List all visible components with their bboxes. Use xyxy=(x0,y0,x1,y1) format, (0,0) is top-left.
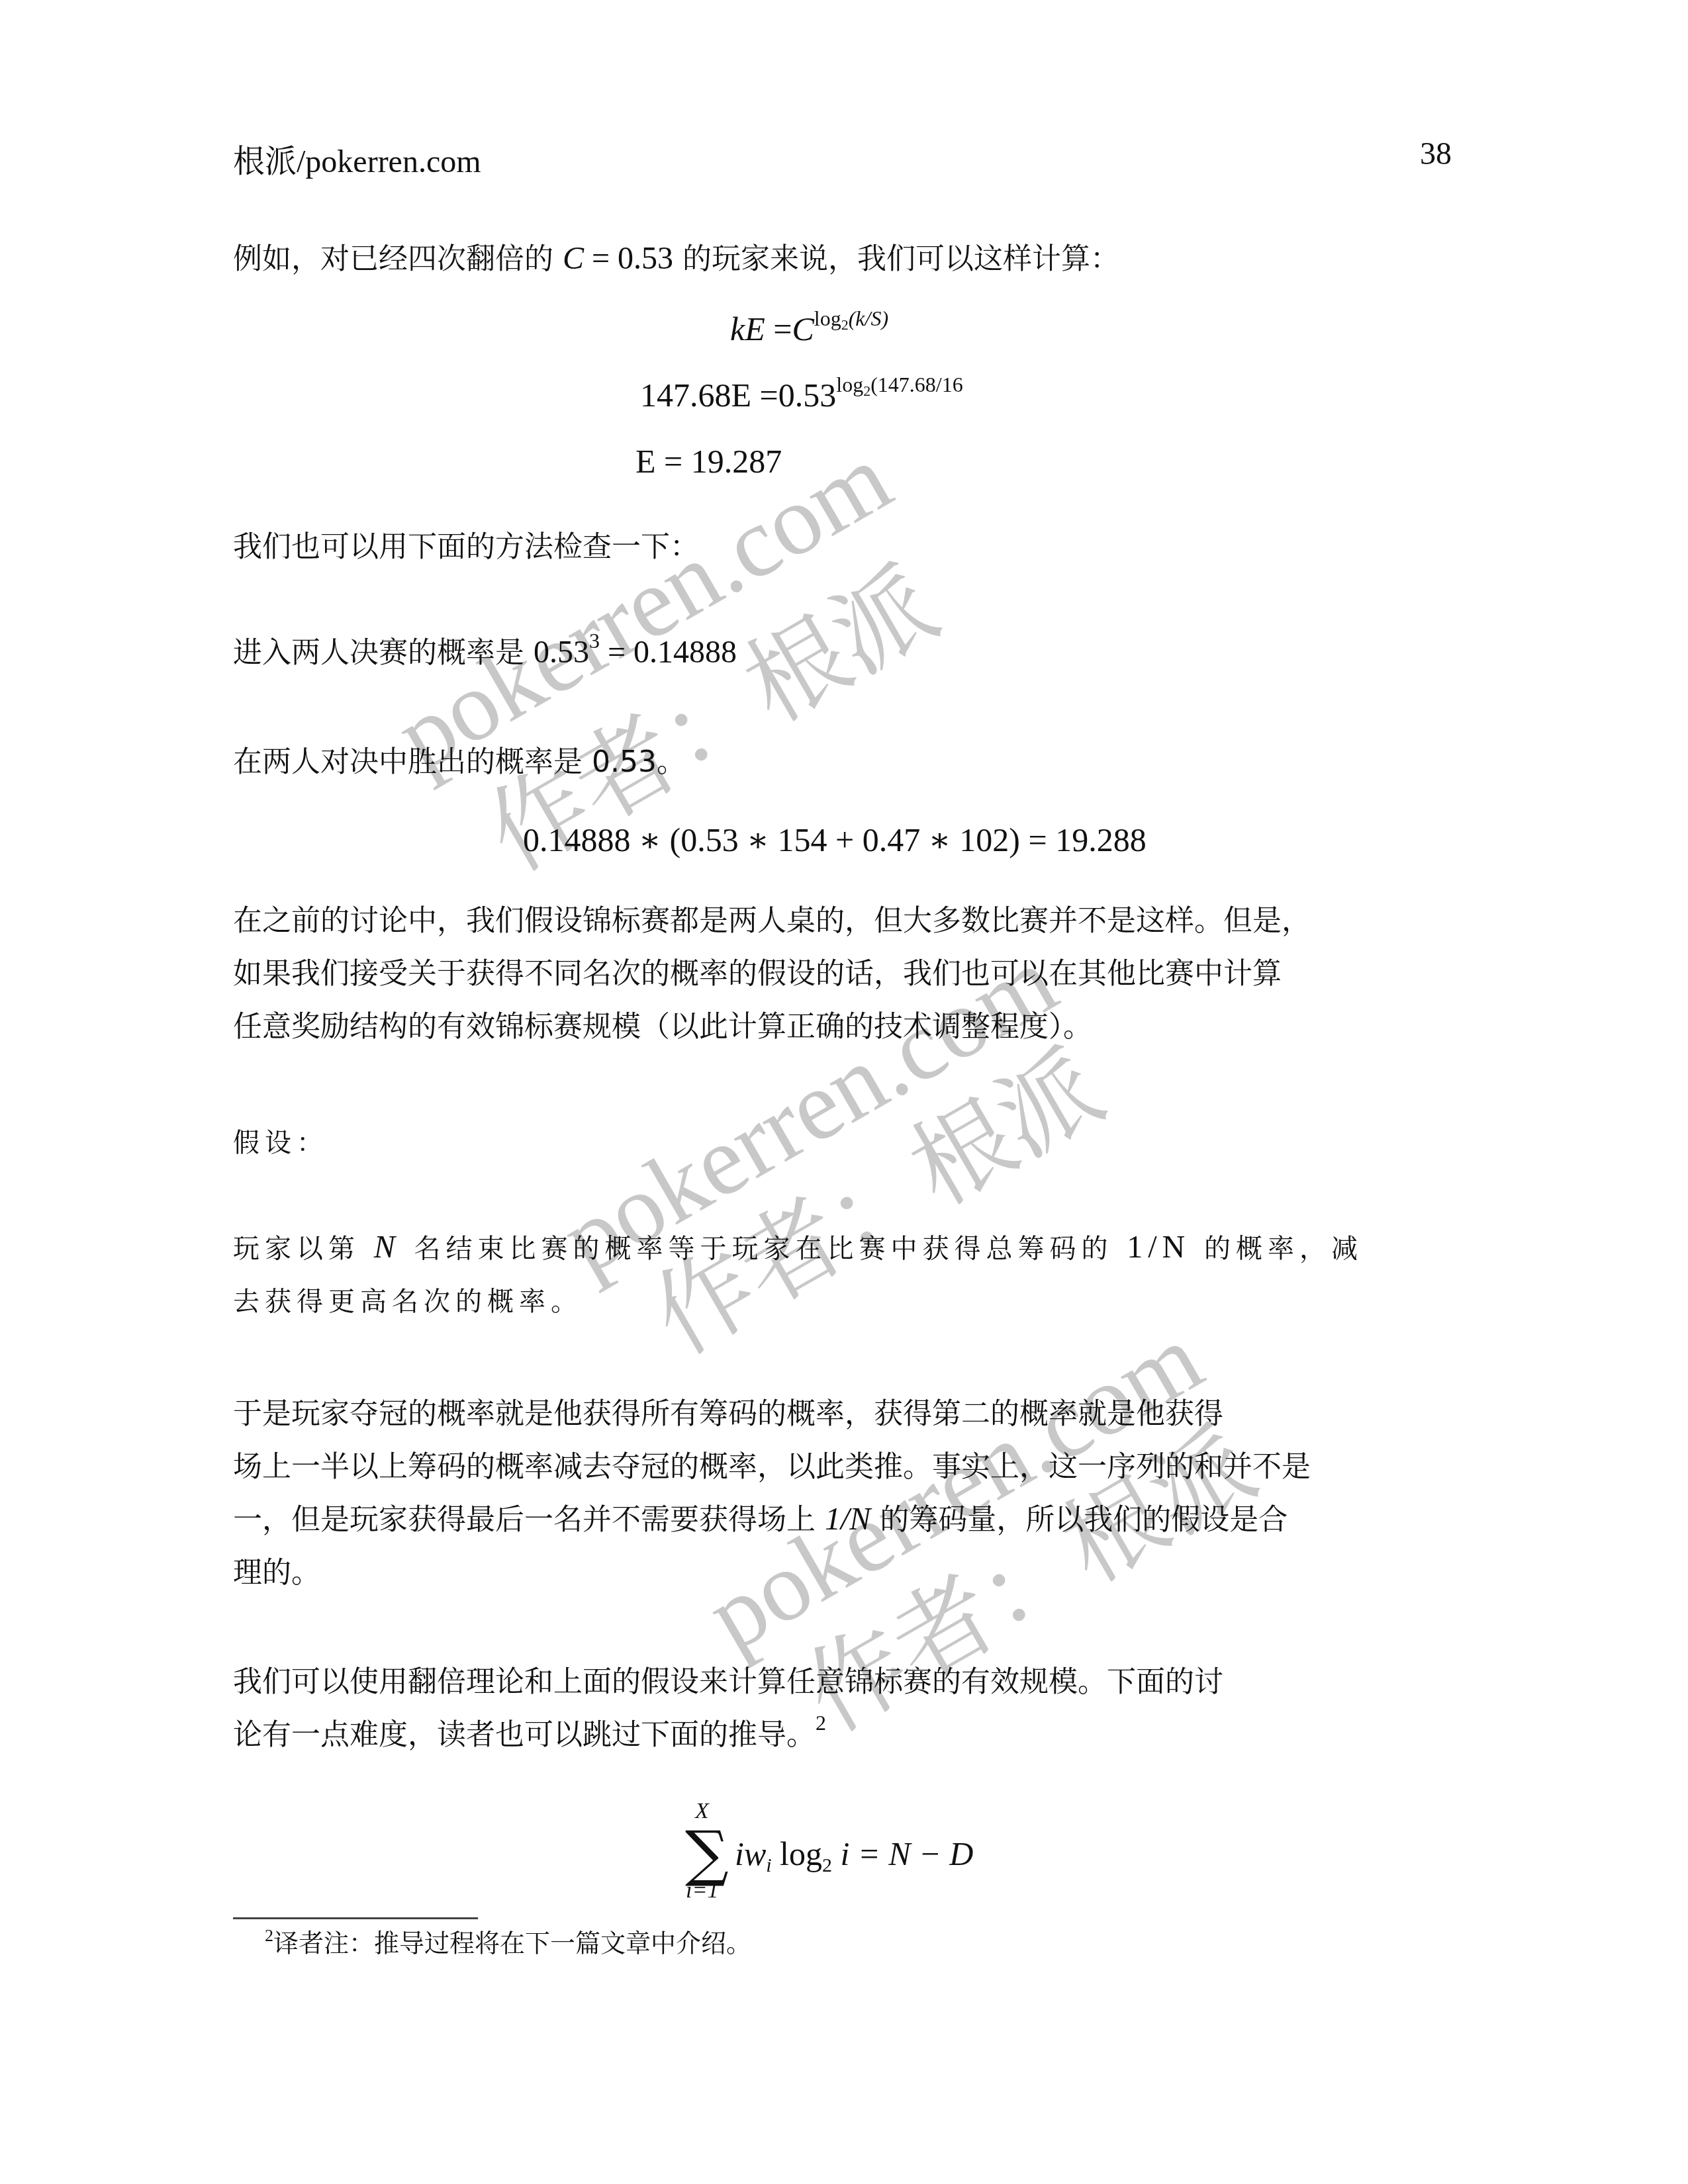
intro-value: = 0.53 xyxy=(584,241,673,276)
p2-fraction: 1/N xyxy=(825,1502,870,1537)
running-header-site: 根派/pokerren.com xyxy=(233,136,481,181)
p2-line3-text-a: 一，但是玩家获得最后一名并不需要获得场上 xyxy=(233,1503,825,1537)
paragraph1-line1: 在之前的讨论中，我们假设锦标赛都是两人桌的，但大多数比赛并不是这样。但是， xyxy=(233,897,1311,939)
paragraph2-line3: 一，但是玩家获得最后一名并不需要获得场上 1/N 的筹码量，所以我们的假设是合 xyxy=(233,1496,1288,1538)
paragraph2-line4: 理的。 xyxy=(233,1549,320,1591)
paragraph2-line2: 场上一半以上筹码的概率减去夺冠的概率，以此类推。事实上，这一序列的和并不是 xyxy=(233,1443,1311,1485)
equation-2: 147.68E =0.53log2(147.68/16 xyxy=(640,376,963,414)
equation-3: E = 19.287 xyxy=(635,442,782,480)
final-prob-exponent: 3 xyxy=(589,629,600,653)
assumption-line2: 去获得更高名次的概率。 xyxy=(233,1281,583,1318)
paragraph2-line1: 于是玩家夺冠的概率就是他获得所有筹码的概率，获得第二的概率就是他获得 xyxy=(233,1390,1223,1432)
assumption-text-b: 名结束比赛的概率等于玩家在比赛中获得总筹码的 xyxy=(400,1234,1127,1264)
sum-log: log xyxy=(780,1835,822,1872)
equation-1: kE =Clog2(k/S) xyxy=(730,310,888,348)
eq2-exp-log: log xyxy=(836,373,863,396)
assumption-text-a: 玩家以第 xyxy=(233,1234,374,1264)
sum-lower-limit: i=1 xyxy=(686,1878,718,1903)
footnote-text: 译者注：推导过程将在下一篇文章中介绍。 xyxy=(273,1929,751,1958)
sum-equation-body: iwi log2 i = N − D xyxy=(735,1835,973,1873)
intro-line: 例如，对已经四次翻倍的 C = 0.53 的玩家来说，我们可以这样计算： xyxy=(233,235,1119,277)
eq2-lhs: 147.68E xyxy=(640,377,751,414)
eq2-equals: = xyxy=(760,377,778,414)
paragraph3-line1: 我们可以使用翻倍理论和上面的假设来计算任意锦标赛的有效规模。下面的讨 xyxy=(233,1658,1223,1700)
eq1-equals: = xyxy=(773,310,792,347)
eq2-exp-arg: (147.68/16 xyxy=(870,373,963,396)
eq3-result: E = 19.287 xyxy=(635,443,782,480)
check-intro: 我们也可以用下面的方法检查一下： xyxy=(233,523,699,565)
eq2-exp-base: 2 xyxy=(863,383,870,399)
footnote-reference[interactable]: 2 xyxy=(816,1711,826,1735)
eq1-lhs: kE xyxy=(730,310,765,347)
footnote-divider xyxy=(233,1917,478,1919)
verification-equation: 0.14888 ∗ (0.53 ∗ 154 + 0.47 ∗ 102) = 19… xyxy=(523,821,1147,859)
paragraph1-line2: 如果我们接受关于获得不同名次的概率的假设的话，我们也可以在其他比赛中计算 xyxy=(233,950,1282,992)
assumption-var-n: N xyxy=(374,1230,400,1265)
eq2-base: 0.53 xyxy=(778,377,837,414)
footnote-number: 2 xyxy=(265,1926,273,1945)
p2-line3-text-b: 的筹码量，所以我们的假设是合 xyxy=(870,1503,1288,1537)
eq1-exp-log: log xyxy=(814,306,841,330)
sum-log-base: 2 xyxy=(822,1854,832,1876)
paragraph1-line3: 任意奖励结构的有效锦标赛规模（以此计算正确的技术调整程度）。 xyxy=(233,1003,1092,1045)
assumption-label: 假设： xyxy=(233,1122,328,1160)
p3-line2-text: 论有一点难度，读者也可以跳过下面的推导。 xyxy=(233,1718,816,1752)
assumption-line1: 玩家以第 N 名结束比赛的概率等于玩家在比赛中获得总筹码的 1/N 的概率，减 xyxy=(233,1228,1363,1265)
summation-operator: ∑ xyxy=(685,1823,729,1884)
win-probability-line: 在两人对决中胜出的概率是 0.53。 xyxy=(233,738,686,780)
watermark-author-2: 作者：根派 xyxy=(622,1009,1124,1381)
eq1-exp-base: 2 xyxy=(841,316,849,333)
sum-body-subscript: i xyxy=(766,1854,771,1876)
eq1-base: C xyxy=(792,310,814,347)
sum-body: iw xyxy=(735,1835,766,1872)
intro-variable: C xyxy=(563,241,584,276)
footnote: 2译者注：推导过程将在下一篇文章中介绍。 xyxy=(265,1923,751,1959)
final-prob-text: 进入两人决赛的概率是 xyxy=(233,636,534,670)
assumption-text-c: 的概率，减 xyxy=(1190,1234,1363,1264)
sum-rhs: i = N − D xyxy=(832,1835,973,1872)
page-number: 38 xyxy=(1420,136,1452,172)
intro-text-after: 的玩家来说，我们可以这样计算： xyxy=(673,242,1119,276)
paragraph3-line2: 论有一点难度，读者也可以跳过下面的推导。2 xyxy=(233,1711,826,1753)
intro-text-before: 例如，对已经四次翻倍的 xyxy=(233,242,563,276)
final-prob-base: 0.53 xyxy=(534,635,589,670)
assumption-fraction: 1/N xyxy=(1127,1230,1190,1265)
watermark-url-3: pokerren.com xyxy=(688,1301,1221,1674)
final-probability-line: 进入两人决赛的概率是 0.533 = 0.14888 xyxy=(233,629,737,671)
final-prob-result: = 0.14888 xyxy=(600,635,737,670)
eq1-exp-arg: (k/S) xyxy=(849,306,888,330)
